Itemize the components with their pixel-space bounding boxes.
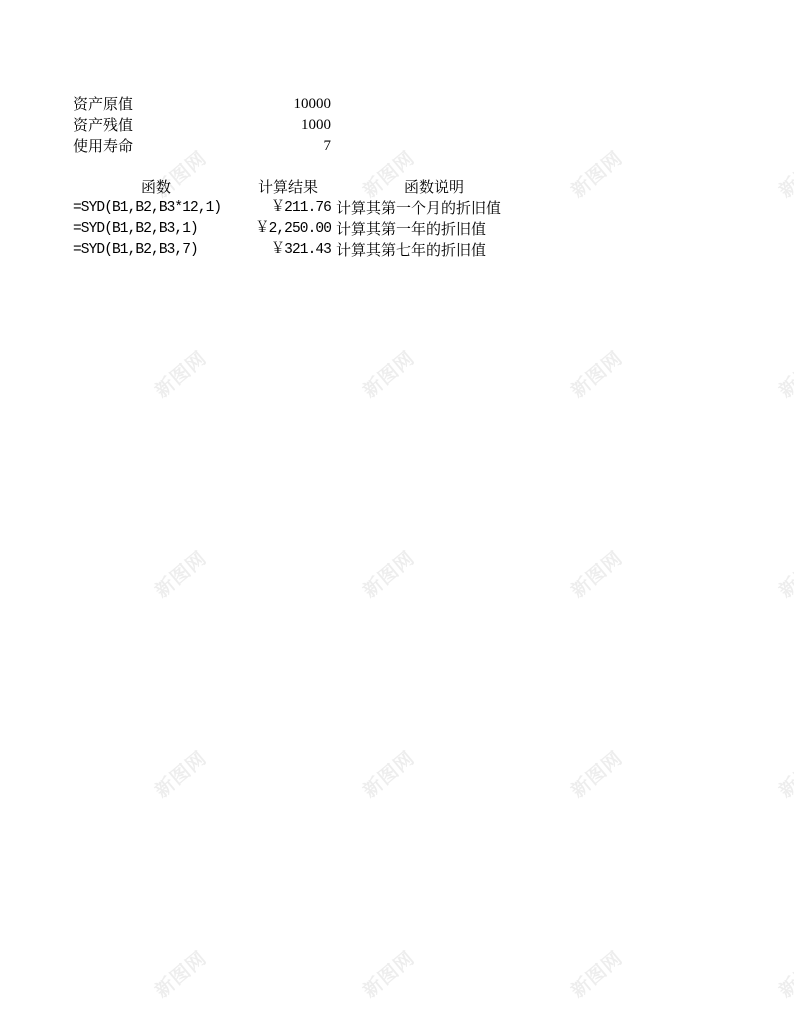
description-cell[interactable]: 计算其第一年的折旧值 bbox=[336, 219, 536, 240]
table-row: =SYD(B1,B2,B3,7) ￥321.43 计算其第七年的折旧值 bbox=[0, 240, 794, 261]
watermark: 新图网 bbox=[772, 544, 794, 603]
watermark: 新图网 bbox=[356, 944, 419, 1003]
formula-cell[interactable]: =SYD(B1,B2,B3,1) bbox=[73, 219, 243, 240]
watermark: 新图网 bbox=[148, 344, 211, 403]
watermark: 新图网 bbox=[564, 544, 627, 603]
result-cell[interactable]: ￥2,250.00 bbox=[240, 219, 331, 240]
table-header-row: 函数 计算结果 函数说明 bbox=[0, 177, 794, 198]
param-label[interactable]: 使用寿命 bbox=[73, 136, 243, 157]
table-row: =SYD(B1,B2,B3*12,1) ￥211.76 计算其第一个月的折旧值 bbox=[0, 198, 794, 219]
watermark: 新图网 bbox=[564, 344, 627, 403]
watermark: 新图网 bbox=[564, 744, 627, 803]
param-row-original-value: 资产原值 10000 bbox=[0, 94, 794, 115]
result-cell[interactable]: ￥321.43 bbox=[240, 240, 331, 261]
watermark: 新图网 bbox=[148, 544, 211, 603]
watermark: 新图网 bbox=[772, 744, 794, 803]
watermark: 新图网 bbox=[148, 744, 211, 803]
param-row-useful-life: 使用寿命 7 bbox=[0, 136, 794, 157]
formula-cell[interactable]: =SYD(B1,B2,B3,7) bbox=[73, 240, 243, 261]
description-cell[interactable]: 计算其第一个月的折旧值 bbox=[336, 198, 536, 219]
header-description[interactable]: 函数说明 bbox=[336, 177, 532, 198]
header-result[interactable]: 计算结果 bbox=[245, 177, 331, 198]
watermark: 新图网 bbox=[564, 944, 627, 1003]
watermark: 新图网 bbox=[356, 344, 419, 403]
watermark: 新图网 bbox=[148, 944, 211, 1003]
param-row-salvage-value: 资产残值 1000 bbox=[0, 115, 794, 136]
watermark: 新图网 bbox=[772, 344, 794, 403]
formula-cell[interactable]: =SYD(B1,B2,B3*12,1) bbox=[73, 198, 243, 219]
param-label[interactable]: 资产残值 bbox=[73, 115, 243, 136]
result-cell[interactable]: ￥211.76 bbox=[240, 198, 331, 219]
watermark: 新图网 bbox=[356, 744, 419, 803]
param-value[interactable]: 10000 bbox=[240, 94, 331, 115]
description-cell[interactable]: 计算其第七年的折旧值 bbox=[336, 240, 536, 261]
param-label[interactable]: 资产原值 bbox=[73, 94, 243, 115]
watermark: 新图网 bbox=[772, 944, 794, 1003]
param-value[interactable]: 1000 bbox=[240, 115, 331, 136]
watermark: 新图网 bbox=[356, 544, 419, 603]
header-function[interactable]: 函数 bbox=[73, 177, 239, 198]
table-row: =SYD(B1,B2,B3,1) ￥2,250.00 计算其第一年的折旧值 bbox=[0, 219, 794, 240]
param-value[interactable]: 7 bbox=[240, 136, 331, 157]
spreadsheet-page: 新图网 新图网 新图网 新图网 新图网 新图网 新图网 新图网 新图网 新图网 … bbox=[0, 0, 794, 1025]
